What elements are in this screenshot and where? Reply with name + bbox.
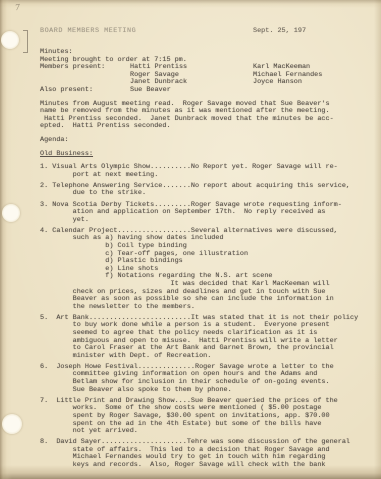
attendee-name: Sue Beaver (130, 87, 253, 95)
agenda-item-line: port at next meeting. (40, 172, 374, 180)
punch-hole-top (1, 31, 19, 49)
agenda-item-line: yet. (40, 217, 374, 225)
punch-hole-middle (2, 204, 20, 222)
pencil-page-number: 7 (15, 3, 21, 12)
agenda-item: 4. Calendar Project..................Sev… (40, 228, 374, 312)
paragraph-line: epted. Hatti Prentiss seconded. (40, 123, 374, 131)
minutes-summary-paragraph: Minutes from August meeting read. Roger … (40, 101, 374, 131)
pencil-bracket-mark (23, 30, 28, 53)
agenda-item: 8. David Sayer.....................Tehre… (40, 439, 374, 469)
scanned-page: 7 BOARD MEMBERS MEETING Sept. 25, 197 Mi… (0, 0, 381, 479)
agenda-item-line: the newsletter to the members. (40, 304, 374, 312)
document-header: BOARD MEMBERS MEETING Sept. 25, 197 (40, 28, 374, 36)
attendance-row: Members present:Hatti PrentissKarl MacKe… (40, 64, 374, 72)
agenda-item: 1. Visual Arts Olympic Show..........No … (40, 164, 374, 179)
agenda-item: 5. Art Bank.........................It w… (40, 315, 374, 361)
agenda-item: 6. Joseph Howe Festival..............Rog… (40, 364, 374, 394)
old-business-heading: Old Business: (40, 151, 374, 159)
attendance-row: Also present:Sue Beaver (40, 87, 374, 95)
punch-hole-bottom (2, 414, 22, 434)
agenda-item-line: not yet arrived. (40, 428, 374, 436)
agenda-item: 2. Telephone Answering Service.......No … (40, 183, 374, 198)
agenda-item-line: keys and records. Also, Roger Savage wil… (40, 462, 374, 470)
document-date: Sept. 25, 197 (253, 28, 306, 36)
attendance-role-label: Also present: (40, 87, 130, 95)
attendee-name: Joyce Hanson (253, 79, 302, 87)
agenda-item-line: Sue Beaver also spoke to them by phone. (40, 387, 374, 395)
attendance-row: Roger SavageMichael Fernandes (40, 72, 374, 80)
agenda-item-line: ation and application on September 17th.… (40, 209, 374, 217)
agenda-item-line: minister with Dept. of Recreation. (40, 353, 374, 361)
attendance-section: Minutes: Meeting brought to order at 7:1… (40, 49, 374, 95)
page-title: BOARD MEMBERS MEETING (40, 28, 136, 36)
old-business-item-list: 1. Visual Arts Olympic Show..........No … (40, 164, 374, 469)
document-body: BOARD MEMBERS MEETING Sept. 25, 197 Minu… (40, 28, 374, 473)
agenda-item: 7. Little Print and Drawing Show....Sue … (40, 398, 374, 436)
attendance-role-label: Members present: (40, 64, 130, 72)
agenda-item-line: due to the strike. (40, 190, 374, 198)
agenda-item: 3. Nova Scotia Derby Tickets.........Rog… (40, 202, 374, 225)
agenda-label: Agenda: (40, 137, 374, 145)
attendance-rows: Members present:Hatti PrentissKarl MacKe… (40, 64, 374, 94)
